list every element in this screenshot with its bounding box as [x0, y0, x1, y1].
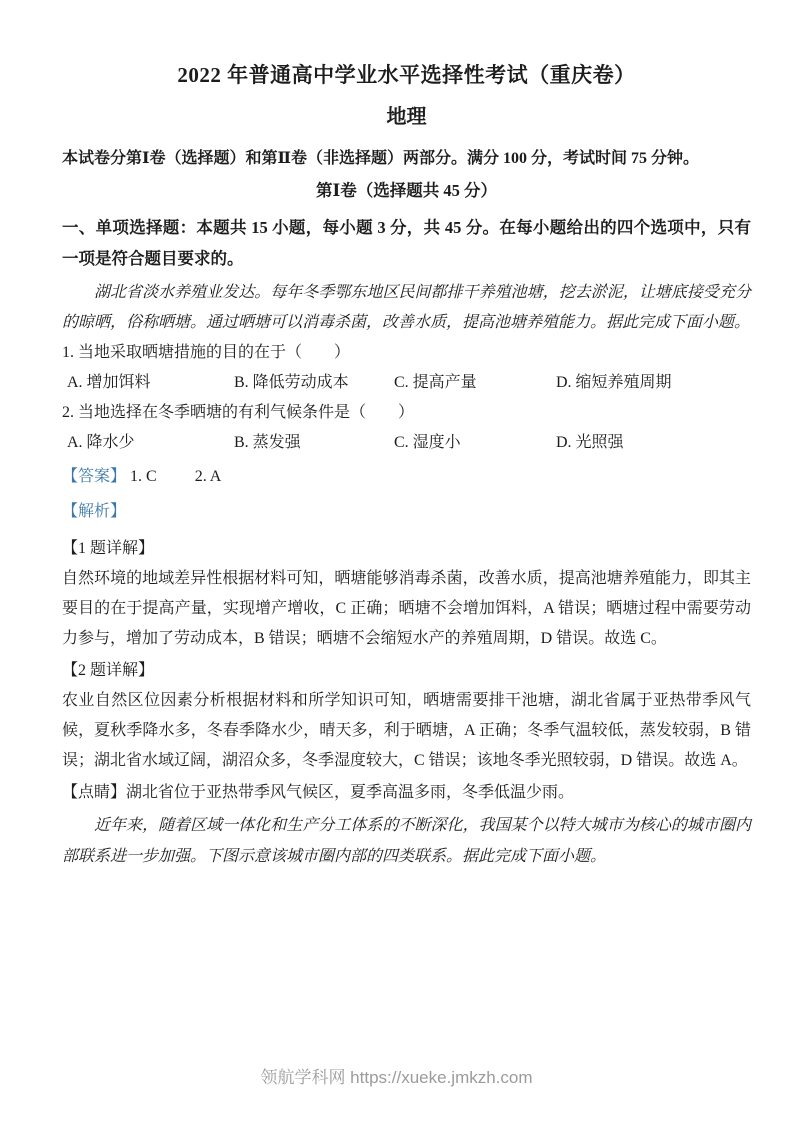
section-instruction: 一、单项选择题：本题共 15 小题，每小题 3 分，共 45 分。在每小题给出的… [62, 212, 751, 274]
exam-info-line: 本试卷分第Ⅰ卷（选择题）和第Ⅱ卷（非选择题）两部分。满分 100 分，考试时间 … [62, 144, 751, 174]
question-1-stem: 1. 当地采取晒塘措施的目的在于（ ） [62, 338, 751, 368]
detail-1-label: 【1 题详解】 [62, 534, 751, 564]
question-1-option-a: A. 增加饵料 [67, 368, 151, 398]
question-2-options: A. 降水少 B. 蒸发强 C. 湿度小 D. 光照强 [62, 428, 751, 458]
page-content: 2022 年普通高中学业水平选择性考试（重庆卷） 地理 本试卷分第Ⅰ卷（选择题）… [0, 0, 793, 872]
answer-item-1: 1. C [130, 468, 157, 485]
question-2-option-b: B. 蒸发强 [234, 428, 301, 458]
material-paragraph-1: 湖北省淡水养殖业发达。每年冬季鄂东地区民间都排干养殖池塘，挖去淤泥，让塘底接受充… [62, 278, 751, 338]
analysis-label: 【解析】 [62, 497, 751, 527]
detail-2-label: 【2 题详解】 [62, 656, 751, 686]
question-1-option-c: C. 提高产量 [394, 368, 477, 398]
tip-label: 【点睛】 [62, 784, 126, 801]
exam-title: 2022 年普通高中学业水平选择性考试（重庆卷） [62, 58, 751, 92]
answer-label: 【答案】 [62, 468, 126, 485]
explanation-1: 自然环境的地域差异性根据材料可知，晒塘能够消毒杀菌，改善水质，提高池塘养殖能力，… [62, 564, 751, 654]
footer-watermark: 领航学科网 https://xueke.jmkzh.com [0, 1066, 793, 1090]
material-paragraph-2: 近年来，随着区域一体化和生产分工体系的不断深化，我国某个以特大城市为核心的城市圈… [62, 810, 751, 872]
exam-page: 2022 年普通高中学业水平选择性考试（重庆卷） 地理 本试卷分第Ⅰ卷（选择题）… [0, 0, 793, 1122]
tip-text: 湖北省位于亚热带季风气候区，夏季高温多雨，冬季低温少雨。 [126, 784, 574, 801]
question-2-option-c: C. 湿度小 [394, 428, 461, 458]
answer-item-2: 2. A [195, 468, 222, 485]
tip-line: 【点睛】湖北省位于亚热带季风气候区，夏季高温多雨，冬季低温少雨。 [62, 778, 751, 808]
question-2-option-a: A. 降水少 [67, 428, 135, 458]
explanation-2: 农业自然区位因素分析根据材料和所学知识可知，晒塘需要排干池塘，湖北省属于亚热带季… [62, 686, 751, 776]
question-2-stem: 2. 当地选择在冬季晒塘的有利气候条件是（ ） [62, 398, 751, 428]
question-2-option-d: D. 光照强 [556, 428, 624, 458]
answer-line: 【答案】1. C2. A [62, 462, 751, 492]
question-1-options: A. 增加饵料 B. 降低劳动成本 C. 提高产量 D. 缩短养殖周期 [62, 368, 751, 398]
section-heading: 第Ⅰ卷（选择题共 45 分） [62, 176, 751, 206]
question-1-option-b: B. 降低劳动成本 [234, 368, 349, 398]
question-1-option-d: D. 缩短养殖周期 [556, 368, 672, 398]
exam-subject: 地理 [62, 102, 751, 132]
